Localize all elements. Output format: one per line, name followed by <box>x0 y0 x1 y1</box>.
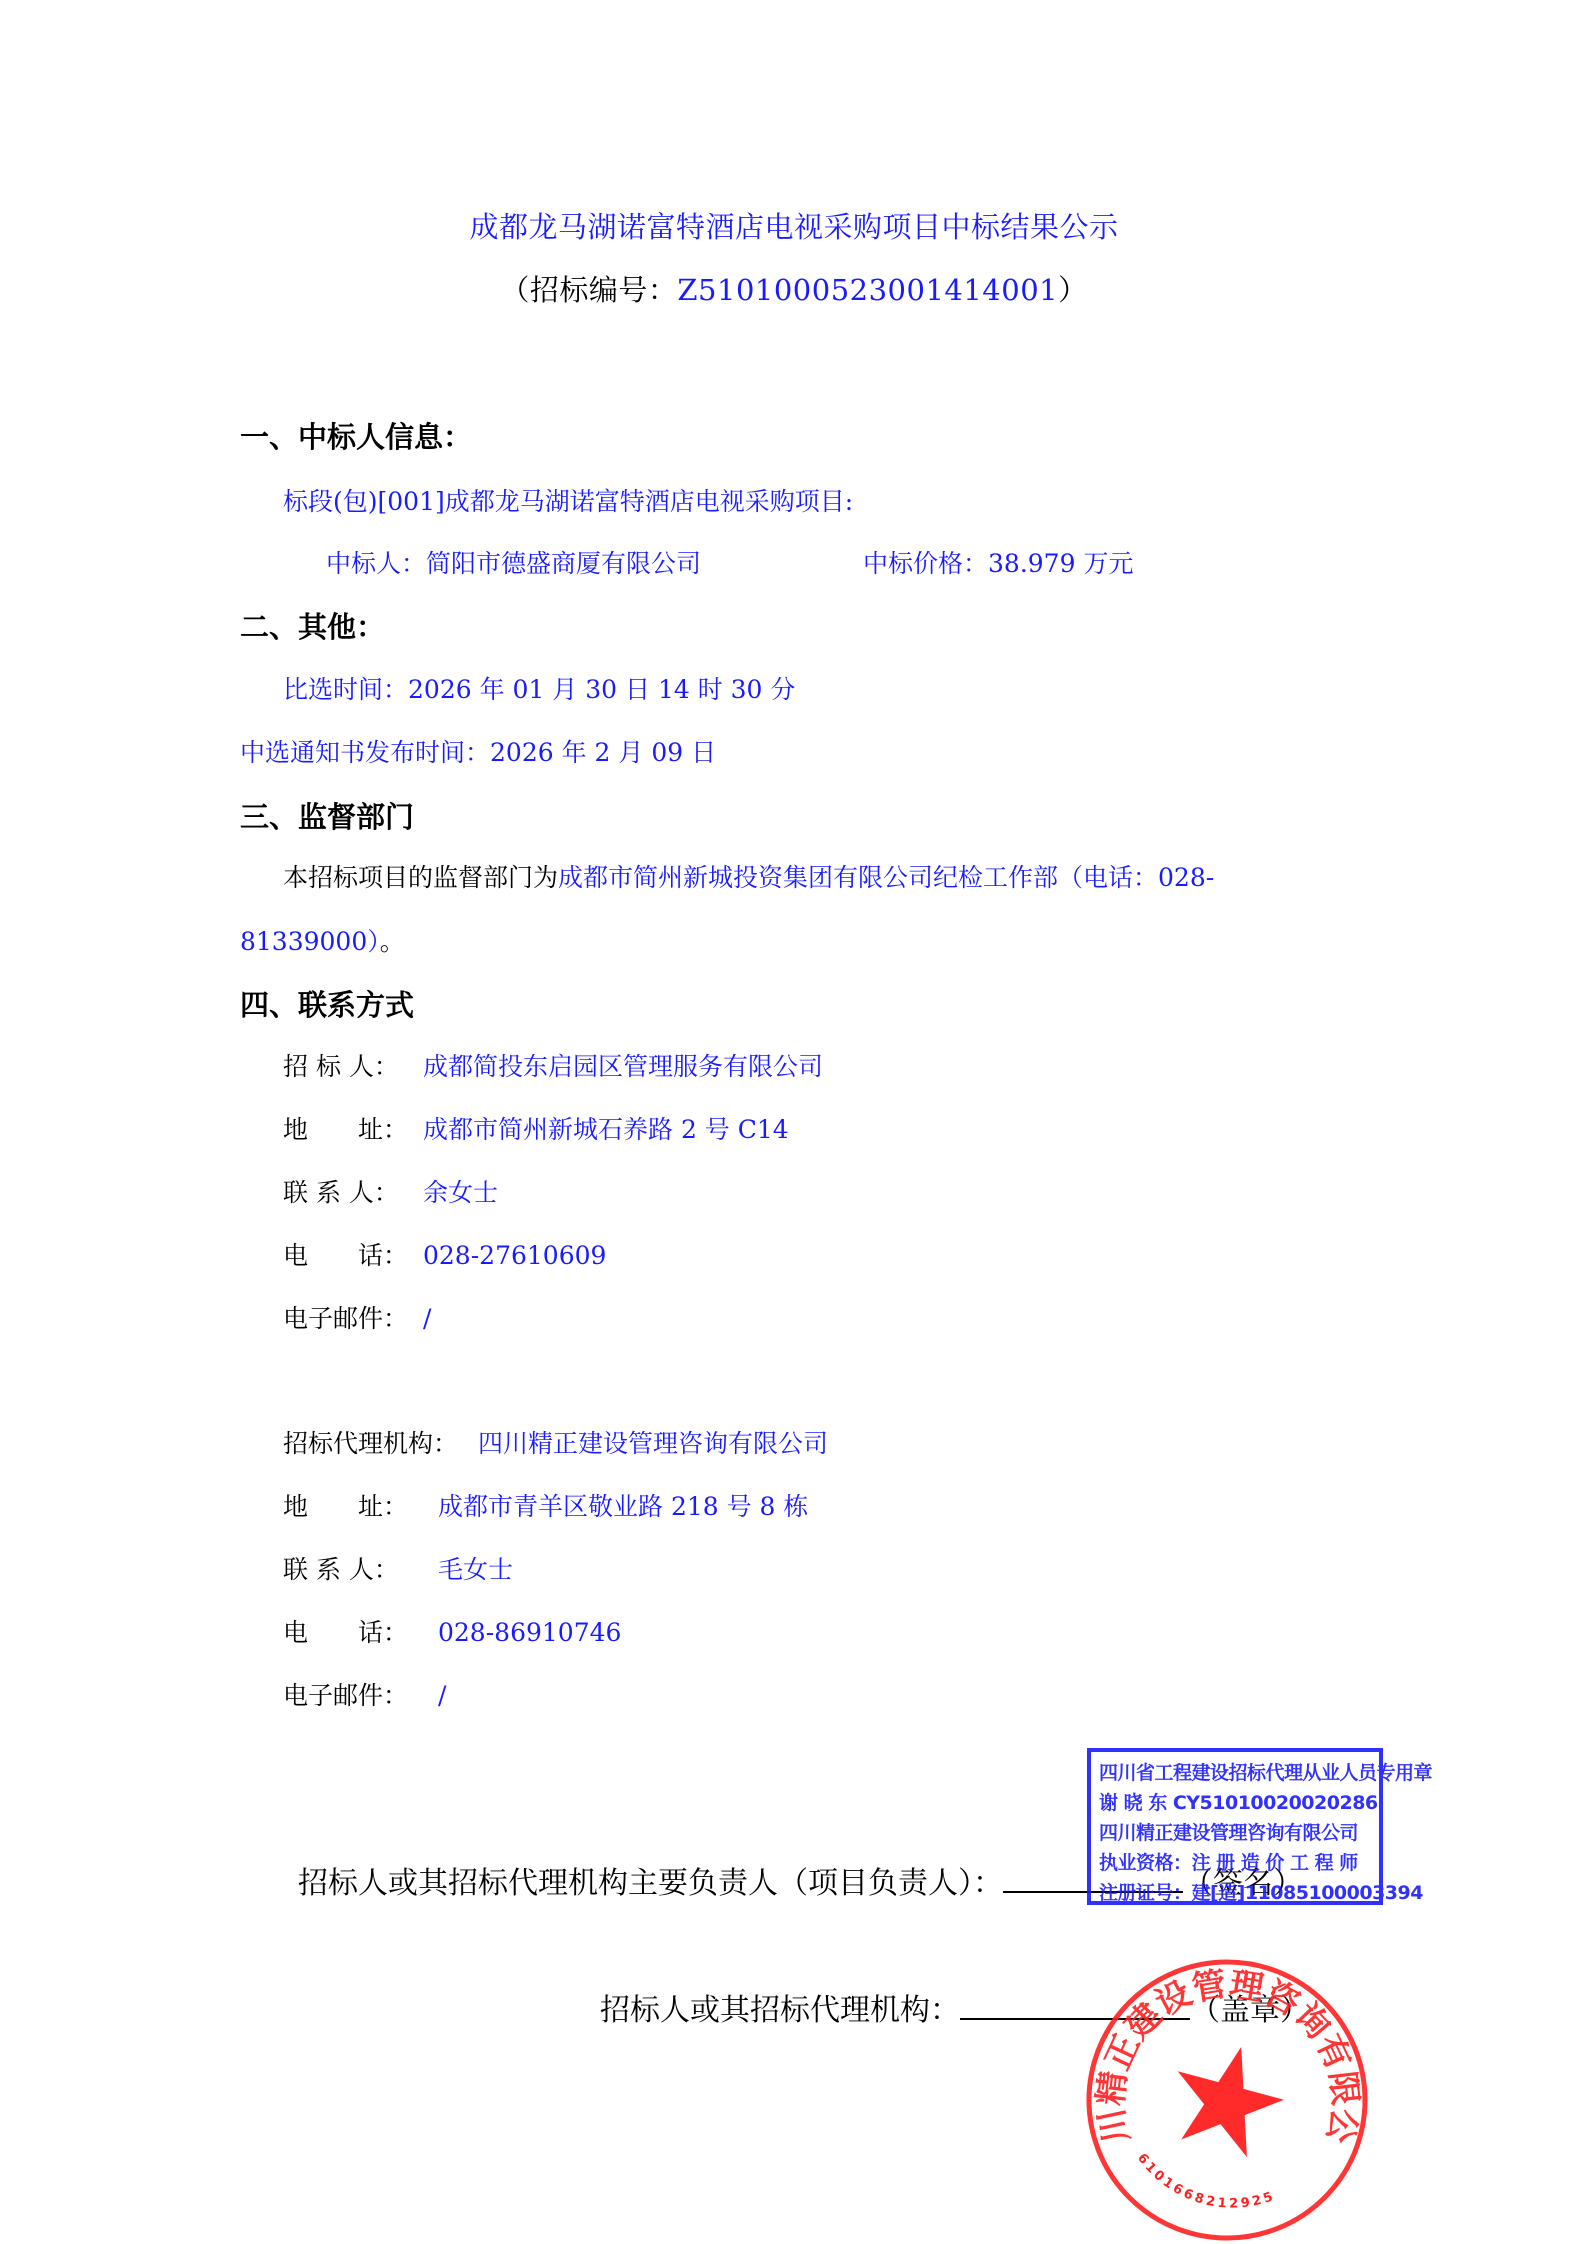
section-heading-winner: 一、中标人信息： <box>240 415 472 456</box>
tender-number-value: Z5101000523001414001 <box>677 273 1058 307</box>
agency-contact-row: 联 系 人：毛女士 <box>283 1550 513 1586</box>
tender-number: （招标编号：Z5101000523001414001） <box>0 268 1588 309</box>
winner-label: 中标人： <box>326 549 426 578</box>
supervision-dept: 成都市简州新城投资集团有限公司纪检工作部（电话：028- <box>558 863 1214 892</box>
notice-time: 中选通知书发布时间：2026 年 2 月 09 日 <box>240 733 716 769</box>
notice-time-value: 2026 年 2 月 09 日 <box>490 738 716 767</box>
tenderer-address-row: 地 址：成都市简州新城石养路 2 号 C14 <box>283 1110 789 1146</box>
lot-name: 标段(包)[001]成都龙马湖诺富特酒店电视采购项目: <box>283 482 853 518</box>
compare-time: 比选时间：2026 年 01 月 30 日 14 时 30 分 <box>283 670 795 706</box>
agency-name-row: 招标代理机构：四川精正建设管理咨询有限公司 <box>283 1424 828 1460</box>
agency-address-row: 地 址：成都市青羊区敬业路 218 号 8 栋 <box>283 1487 808 1523</box>
principal-label: 招标人或其招标代理机构主要负责人（项目负责人）： <box>298 1866 1003 1901</box>
price-value: 38.979 万元 <box>988 549 1133 578</box>
section-heading-supervision: 三、监督部门 <box>240 795 414 836</box>
section-heading-other: 二、其他： <box>240 605 385 646</box>
price-field: 中标价格：38.979 万元 <box>863 544 1133 580</box>
agency-phone-row: 电 话：028-86910746 <box>283 1613 621 1649</box>
section-heading-contact: 四、联系方式 <box>240 983 414 1024</box>
supervision-text: 本招标项目的监督部门为成都市简州新城投资集团有限公司纪检工作部（电话：028- <box>283 858 1214 894</box>
compare-time-value: 2026 年 01 月 30 日 14 时 30 分 <box>408 675 795 704</box>
document-title: 成都龙马湖诺富特酒店电视采购项目中标结果公示 <box>0 205 1588 246</box>
svg-text:6101668212925: 6101668212925 <box>1134 2151 1278 2212</box>
tenderer-name-row: 招 标 人：成都简投东启园区管理服务有限公司 <box>283 1047 823 1083</box>
supervision-text-cont: 81339000）。 <box>240 922 405 958</box>
tenderer-contact-row: 联 系 人：余女士 <box>283 1173 498 1209</box>
winner-value: 简阳市德盛商厦有限公司 <box>426 549 701 578</box>
tenderer-email-row: 电子邮件：/ <box>283 1299 431 1335</box>
agency-email-row: 电子邮件：/ <box>283 1676 446 1712</box>
tenderer-phone-row: 电 话：028-27610609 <box>283 1236 606 1272</box>
practitioner-stamp: 四川省工程建设招标代理从业人员专用章 谢 晓 东 CY5101002002028… <box>1087 1748 1383 1905</box>
tender-number-label: （招标编号： <box>500 273 677 307</box>
price-label: 中标价格： <box>863 549 988 578</box>
company-seal-icon: 四川精正建设管理咨询有限公司 6101668212925 <box>1077 1950 1377 2244</box>
agency-label: 招标人或其招标代理机构： <box>600 1993 960 2028</box>
winner-field: 中标人：简阳市德盛商厦有限公司 <box>326 544 701 580</box>
